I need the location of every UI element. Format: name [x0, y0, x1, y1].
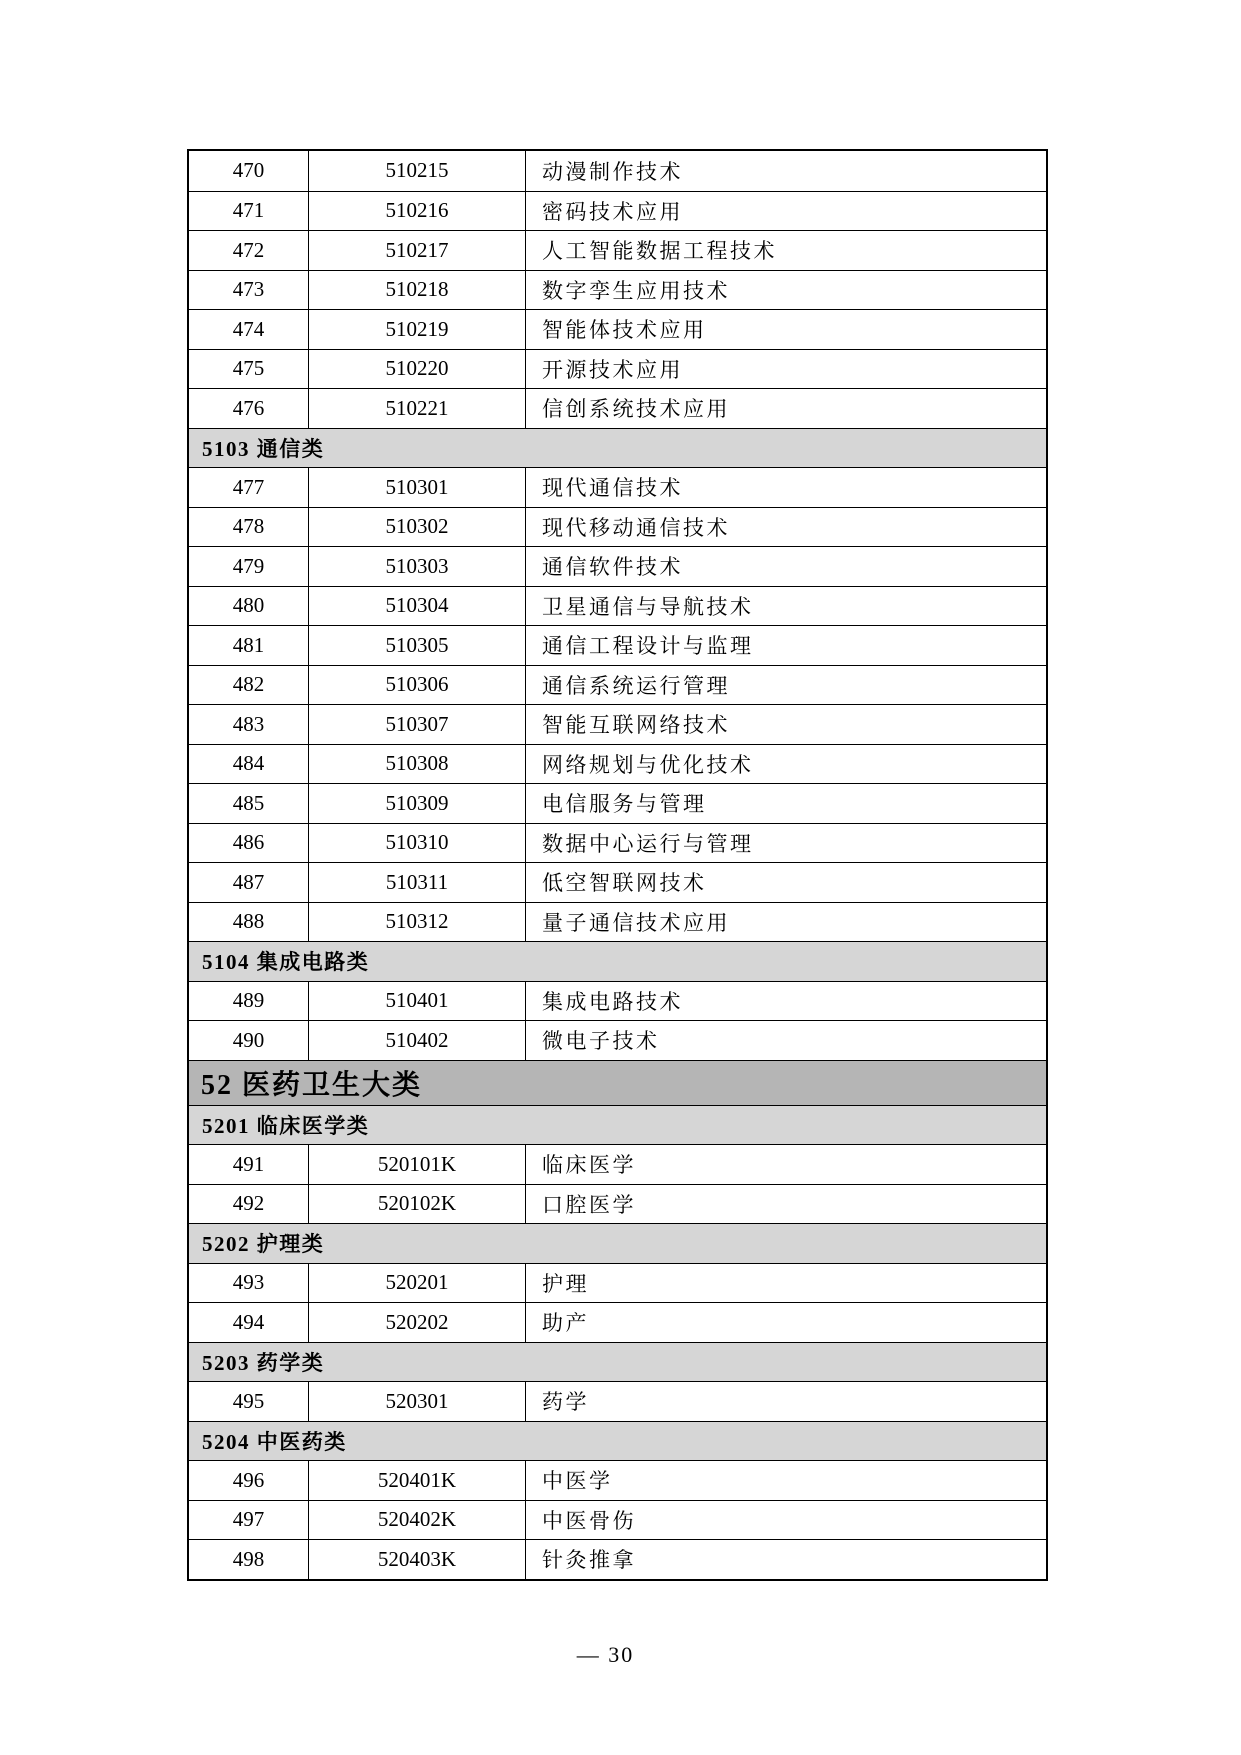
- code-cell: 510309: [308, 784, 526, 823]
- major-name-cell: 通信软件技术: [526, 547, 1046, 586]
- major-name-cell: 药学: [526, 1382, 1046, 1421]
- code-cell: 510305: [308, 626, 526, 665]
- seq-cell: 492: [189, 1185, 308, 1224]
- seq-cell: 491: [189, 1145, 308, 1184]
- code-cell: 510219: [308, 310, 526, 349]
- seq-cell: 496: [189, 1461, 308, 1500]
- table-row: 484510308网络规划与优化技术: [189, 744, 1046, 784]
- code-cell: 510402: [308, 1021, 526, 1060]
- seq-cell: 490: [189, 1021, 308, 1060]
- major-name-cell: 助产: [526, 1303, 1046, 1342]
- code-cell: 520301: [308, 1382, 526, 1421]
- table-row: 483510307智能互联网络技术: [189, 704, 1046, 744]
- major-name-cell: 中医骨伤: [526, 1501, 1046, 1540]
- table-row: 492520102K口腔医学: [189, 1184, 1046, 1224]
- seq-cell: 485: [189, 784, 308, 823]
- table-row: 475510220开源技术应用: [189, 349, 1046, 389]
- table-row: 479510303通信软件技术: [189, 546, 1046, 586]
- table-row: 476510221信创系统技术应用: [189, 388, 1046, 428]
- section-header-row: 5203 药学类: [189, 1342, 1046, 1382]
- seq-cell: 483: [189, 705, 308, 744]
- code-cell: 520402K: [308, 1501, 526, 1540]
- code-cell: 510218: [308, 271, 526, 310]
- seq-cell: 495: [189, 1382, 308, 1421]
- code-cell: 520403K: [308, 1540, 526, 1579]
- code-cell: 510304: [308, 587, 526, 626]
- section-header-label: 5202 护理类: [202, 1228, 324, 1258]
- table-row: 485510309电信服务与管理: [189, 783, 1046, 823]
- table-row: 489510401集成电路技术: [189, 981, 1046, 1021]
- major-name-cell: 人工智能数据工程技术: [526, 231, 1046, 270]
- section-header-row: 5201 临床医学类: [189, 1105, 1046, 1145]
- table-row: 494520202助产: [189, 1302, 1046, 1342]
- code-cell: 510306: [308, 666, 526, 705]
- seq-cell: 489: [189, 982, 308, 1021]
- major-name-cell: 数字孪生应用技术: [526, 271, 1046, 310]
- seq-cell: 498: [189, 1540, 308, 1579]
- major-name-cell: 通信工程设计与监理: [526, 626, 1046, 665]
- page-number-label: — 30: [577, 1642, 635, 1667]
- major-name-cell: 量子通信技术应用: [526, 903, 1046, 942]
- code-cell: 520401K: [308, 1461, 526, 1500]
- seq-cell: 475: [189, 350, 308, 389]
- major-name-cell: 临床医学: [526, 1145, 1046, 1184]
- code-cell: 510301: [308, 468, 526, 507]
- table-row: 471510216密码技术应用: [189, 191, 1046, 231]
- major-name-cell: 现代移动通信技术: [526, 508, 1046, 547]
- code-cell: 510308: [308, 745, 526, 784]
- code-cell: 510311: [308, 863, 526, 902]
- section-header-row: 5202 护理类: [189, 1223, 1046, 1263]
- seq-cell: 494: [189, 1303, 308, 1342]
- document-page: 470510215动漫制作技术471510216密码技术应用472510217人…: [0, 0, 1241, 1755]
- code-cell: 510220: [308, 350, 526, 389]
- seq-cell: 497: [189, 1501, 308, 1540]
- seq-cell: 476: [189, 389, 308, 428]
- category-header-label: 52 医药卫生大类: [201, 1063, 422, 1103]
- table-row: 495520301药学: [189, 1381, 1046, 1421]
- section-header-row: 5103 通信类: [189, 428, 1046, 468]
- seq-cell: 493: [189, 1264, 308, 1303]
- seq-cell: 481: [189, 626, 308, 665]
- table-row: 480510304卫星通信与导航技术: [189, 586, 1046, 626]
- table-row: 491520101K临床医学: [189, 1144, 1046, 1184]
- table-row: 477510301现代通信技术: [189, 467, 1046, 507]
- category-header-row: 52 医药卫生大类: [189, 1060, 1046, 1105]
- seq-cell: 482: [189, 666, 308, 705]
- major-name-cell: 通信系统运行管理: [526, 666, 1046, 705]
- major-name-cell: 智能互联网络技术: [526, 705, 1046, 744]
- code-cell: 510312: [308, 903, 526, 942]
- seq-cell: 488: [189, 903, 308, 942]
- section-header-label: 5104 集成电路类: [202, 946, 369, 976]
- major-name-cell: 针灸推拿: [526, 1540, 1046, 1579]
- major-name-cell: 开源技术应用: [526, 350, 1046, 389]
- table-row: 478510302现代移动通信技术: [189, 507, 1046, 547]
- major-name-cell: 卫星通信与导航技术: [526, 587, 1046, 626]
- table-row: 496520401K中医学: [189, 1460, 1046, 1500]
- major-name-cell: 护理: [526, 1264, 1046, 1303]
- seq-cell: 484: [189, 745, 308, 784]
- code-cell: 510401: [308, 982, 526, 1021]
- seq-cell: 480: [189, 587, 308, 626]
- seq-cell: 478: [189, 508, 308, 547]
- code-cell: 510303: [308, 547, 526, 586]
- table-row: 487510311低空智联网技术: [189, 862, 1046, 902]
- major-name-cell: 口腔医学: [526, 1185, 1046, 1224]
- section-header-label: 5203 药学类: [202, 1347, 324, 1377]
- code-cell: 510216: [308, 192, 526, 231]
- seq-cell: 477: [189, 468, 308, 507]
- code-cell: 510215: [308, 151, 526, 191]
- seq-cell: 487: [189, 863, 308, 902]
- code-cell: 520101K: [308, 1145, 526, 1184]
- section-header-label: 5201 临床医学类: [202, 1110, 369, 1140]
- major-name-cell: 数据中心运行与管理: [526, 824, 1046, 863]
- table-row: 482510306通信系统运行管理: [189, 665, 1046, 705]
- table-row: 486510310数据中心运行与管理: [189, 823, 1046, 863]
- table-row: 497520402K中医骨伤: [189, 1500, 1046, 1540]
- major-name-cell: 电信服务与管理: [526, 784, 1046, 823]
- code-cell: 510217: [308, 231, 526, 270]
- section-header-label: 5103 通信类: [202, 433, 324, 463]
- code-cell: 520102K: [308, 1185, 526, 1224]
- major-name-cell: 集成电路技术: [526, 982, 1046, 1021]
- major-name-cell: 密码技术应用: [526, 192, 1046, 231]
- table-row: 470510215动漫制作技术: [189, 151, 1046, 191]
- major-name-cell: 网络规划与优化技术: [526, 745, 1046, 784]
- code-cell: 510302: [308, 508, 526, 547]
- seq-cell: 486: [189, 824, 308, 863]
- code-cell: 510307: [308, 705, 526, 744]
- table-row: 498520403K针灸推拿: [189, 1539, 1046, 1579]
- code-cell: 510310: [308, 824, 526, 863]
- seq-cell: 474: [189, 310, 308, 349]
- table-row: 472510217人工智能数据工程技术: [189, 230, 1046, 270]
- major-name-cell: 现代通信技术: [526, 468, 1046, 507]
- code-cell: 520201: [308, 1264, 526, 1303]
- major-name-cell: 中医学: [526, 1461, 1046, 1500]
- major-name-cell: 智能体技术应用: [526, 310, 1046, 349]
- section-header-row: 5204 中医药类: [189, 1421, 1046, 1461]
- major-name-cell: 低空智联网技术: [526, 863, 1046, 902]
- table-row: 473510218数字孪生应用技术: [189, 270, 1046, 310]
- seq-cell: 470: [189, 151, 308, 191]
- table-row: 488510312量子通信技术应用: [189, 902, 1046, 942]
- major-name-cell: 信创系统技术应用: [526, 389, 1046, 428]
- major-name-cell: 微电子技术: [526, 1021, 1046, 1060]
- seq-cell: 479: [189, 547, 308, 586]
- major-code-table: 470510215动漫制作技术471510216密码技术应用472510217人…: [187, 149, 1048, 1581]
- table-row: 490510402微电子技术: [189, 1020, 1046, 1060]
- table-row: 493520201护理: [189, 1263, 1046, 1303]
- seq-cell: 471: [189, 192, 308, 231]
- code-cell: 510221: [308, 389, 526, 428]
- seq-cell: 472: [189, 231, 308, 270]
- seq-cell: 473: [189, 271, 308, 310]
- section-header-row: 5104 集成电路类: [189, 941, 1046, 981]
- table-row: 474510219智能体技术应用: [189, 309, 1046, 349]
- page-number: — 30: [0, 1642, 1226, 1668]
- section-header-label: 5204 中医药类: [202, 1426, 347, 1456]
- code-cell: 520202: [308, 1303, 526, 1342]
- table-row: 481510305通信工程设计与监理: [189, 625, 1046, 665]
- major-name-cell: 动漫制作技术: [526, 151, 1046, 191]
